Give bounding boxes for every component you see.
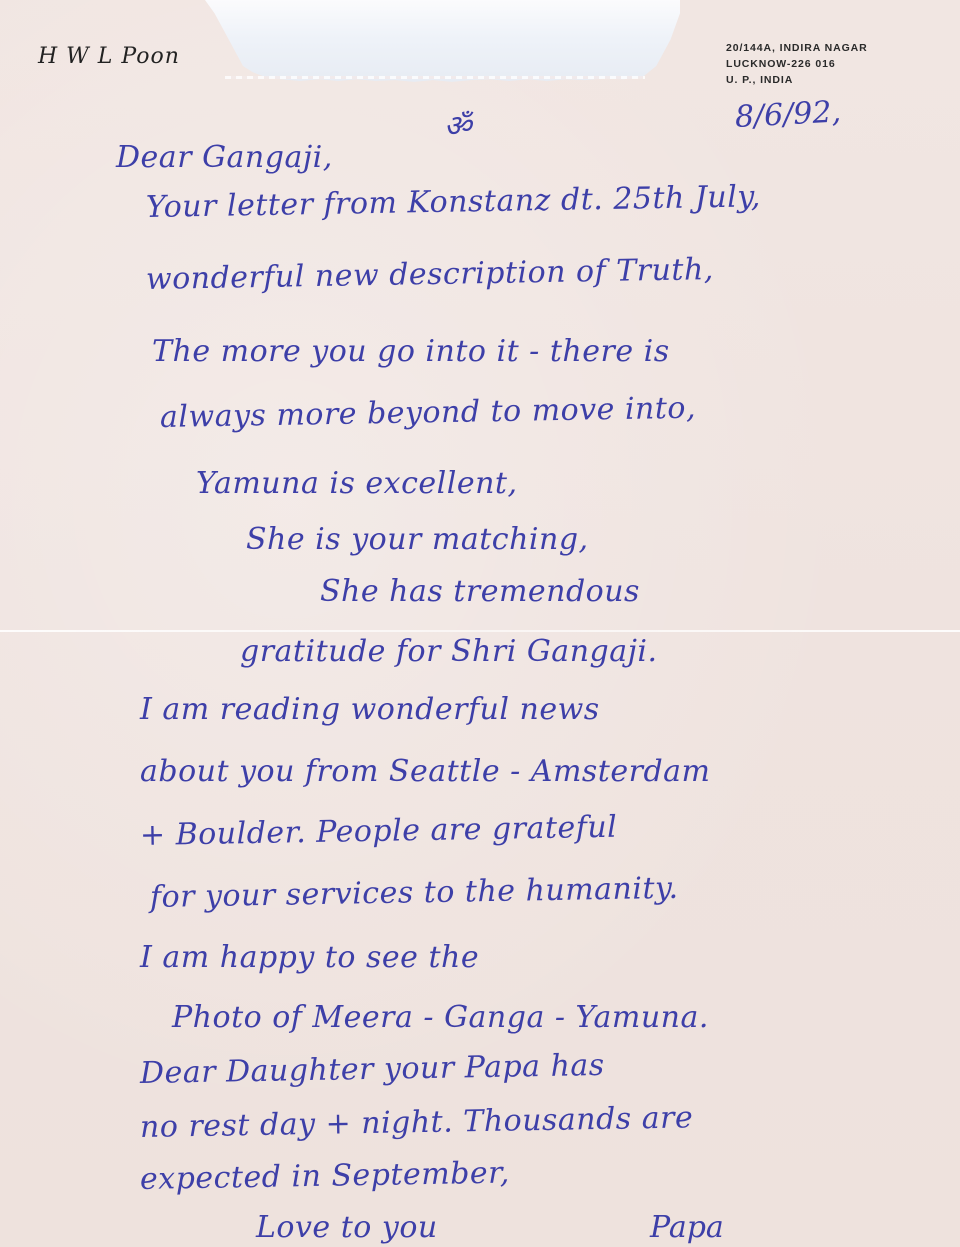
address-line-1: 20/144A, INDIRA NAGAR [726,40,868,56]
letter-line: The more you go into it - there is [152,334,670,369]
letter-line: Photo of Meera - Ganga - Yamuna. [172,1000,709,1035]
letter-line: I am reading wonderful news [140,692,600,727]
letter-line: gratitude for Shri Gangaji. [240,634,658,669]
letter-line: She has tremendous [320,574,640,609]
fold-crease [0,630,960,632]
letter-line: She is your matching, [246,522,589,557]
om-symbol: ॐ [444,104,471,145]
letter-date: 8/6/92, [734,94,842,135]
letter-line: expected in September, [140,1156,510,1197]
address-line-3: U. P., INDIA [726,72,868,88]
torn-edge [225,76,645,79]
letterhead-name: H W L Poon [38,44,180,69]
letter-line: Yamuna is excellent, [196,466,517,501]
letter-line: I am happy to see the [140,940,479,975]
letter-signature: Papa [650,1210,724,1245]
address-line-2: LUCKNOW-226 016 [726,56,868,72]
salutation: Dear Gangaji, [116,140,333,175]
torn-corner [205,0,680,88]
letter-line: about you from Seattle - Amsterdam [140,754,710,789]
letterhead-address: 20/144A, INDIRA NAGAR LUCKNOW-226 016 U.… [726,40,868,88]
letter-closing: Love to you [256,1210,438,1245]
